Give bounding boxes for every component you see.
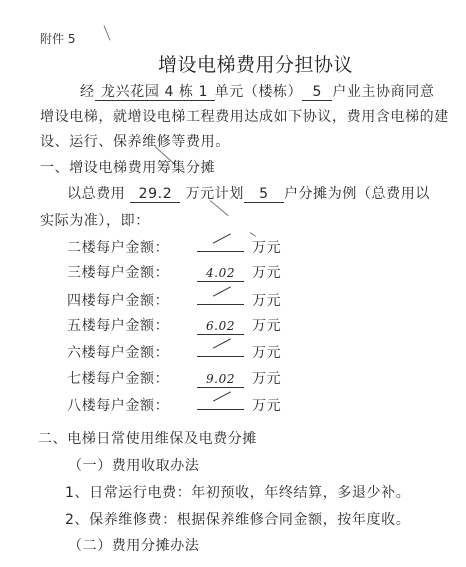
intro-unit-text: 单元（楼栋） [215, 84, 303, 100]
section2-heading: 二、电梯日常使用维保及电费分摊 [38, 428, 257, 448]
floor-amount-blank [197, 394, 244, 410]
intro-suffix: 户业主协商同意 [332, 84, 434, 100]
floor-unit: 万元 [252, 371, 281, 387]
floor-unit: 万元 [252, 318, 281, 334]
pen-mark [104, 25, 111, 40]
section2-sub2: （二）费用分摊办法 [68, 535, 199, 555]
intro-line-1: 经龙兴花园 4 栋 1单元（楼栋）5户业主协商同意 [80, 81, 434, 101]
floor-label: 三楼每户金额： [67, 262, 197, 282]
floor-label: 四楼每户金额： [67, 290, 197, 310]
floor-unit: 万元 [252, 265, 281, 281]
community-field: 龙兴花园 4 栋 1 [95, 85, 215, 101]
floor-label: 六楼每户金额： [67, 342, 197, 362]
floor-unit: 万元 [252, 240, 281, 256]
plan-households-field: 5 [244, 187, 284, 203]
floor-label: 五楼每户金额： [67, 315, 197, 335]
document-title: 增设电梯费用分担协议 [0, 50, 466, 77]
section2-item1: 1、日常运行电费：年初预收，年终结算，多退少补。 [65, 482, 410, 502]
floor-unit: 万元 [252, 398, 281, 414]
floor-amount-blank [197, 341, 244, 357]
floor-amount-blank [197, 289, 244, 305]
floor-label: 八楼每户金额： [67, 395, 197, 415]
floor-row-7: 七楼每户金额：9.02万元 [67, 368, 281, 388]
floor-row-8: 八楼每户金额：万元 [67, 394, 281, 415]
total-cost-field: 29.2 [130, 187, 180, 203]
household-count-field: 5 [302, 85, 332, 101]
floor-row-3: 三楼每户金额：4.02万元 [67, 262, 281, 282]
intro-line-2: 增设电梯，就增设电梯工程费用达成如下协议，费用含电梯的建 [40, 106, 449, 126]
floor-amount: 4.02 [197, 266, 244, 282]
floor-label: 二楼每户金额： [67, 237, 197, 257]
intro-prefix: 经 [80, 84, 95, 100]
plan-suffix: 户分摊为例（总费用以 [284, 186, 430, 202]
floor-unit: 万元 [252, 345, 281, 361]
cost-plan-line-1: 以总费用 29.2 万元计划5户分摊为例（总费用以 [67, 183, 430, 203]
section1-heading: 一、增设电梯费用筹集分摊 [40, 157, 215, 177]
handwritten-slash [213, 233, 231, 244]
attachment-label: 附件 5 [40, 30, 75, 47]
floor-label: 七楼每户金额： [67, 368, 197, 388]
intro-line-3: 设、运行、保养维修等费用。 [40, 131, 230, 151]
floor-amount: 9.02 [197, 372, 244, 388]
floor-row-5: 五楼每户金额：6.02万元 [67, 315, 281, 335]
floor-row-6: 六楼每户金额：万元 [67, 341, 281, 362]
section2-item2: 2、保养维修费：根据保养维修合同金额，按年度收。 [65, 509, 410, 529]
section2-sub1: （一）费用收取办法 [68, 455, 199, 475]
floor-row-2: 二楼每户金额：万元 [67, 236, 281, 257]
floor-unit: 万元 [252, 293, 281, 309]
handwritten-slash [213, 286, 231, 297]
handwritten-slash [213, 391, 231, 402]
plan-mid: 万元计划 [186, 186, 244, 202]
floor-row-4: 四楼每户金额：万元 [67, 289, 281, 310]
floor-amount-blank [197, 236, 244, 252]
plan-prefix: 以总费用 [67, 186, 125, 202]
floor-amount: 6.02 [197, 319, 244, 335]
handwritten-slash [213, 338, 231, 349]
cost-plan-line-2: 实际为准），即： [40, 210, 150, 230]
